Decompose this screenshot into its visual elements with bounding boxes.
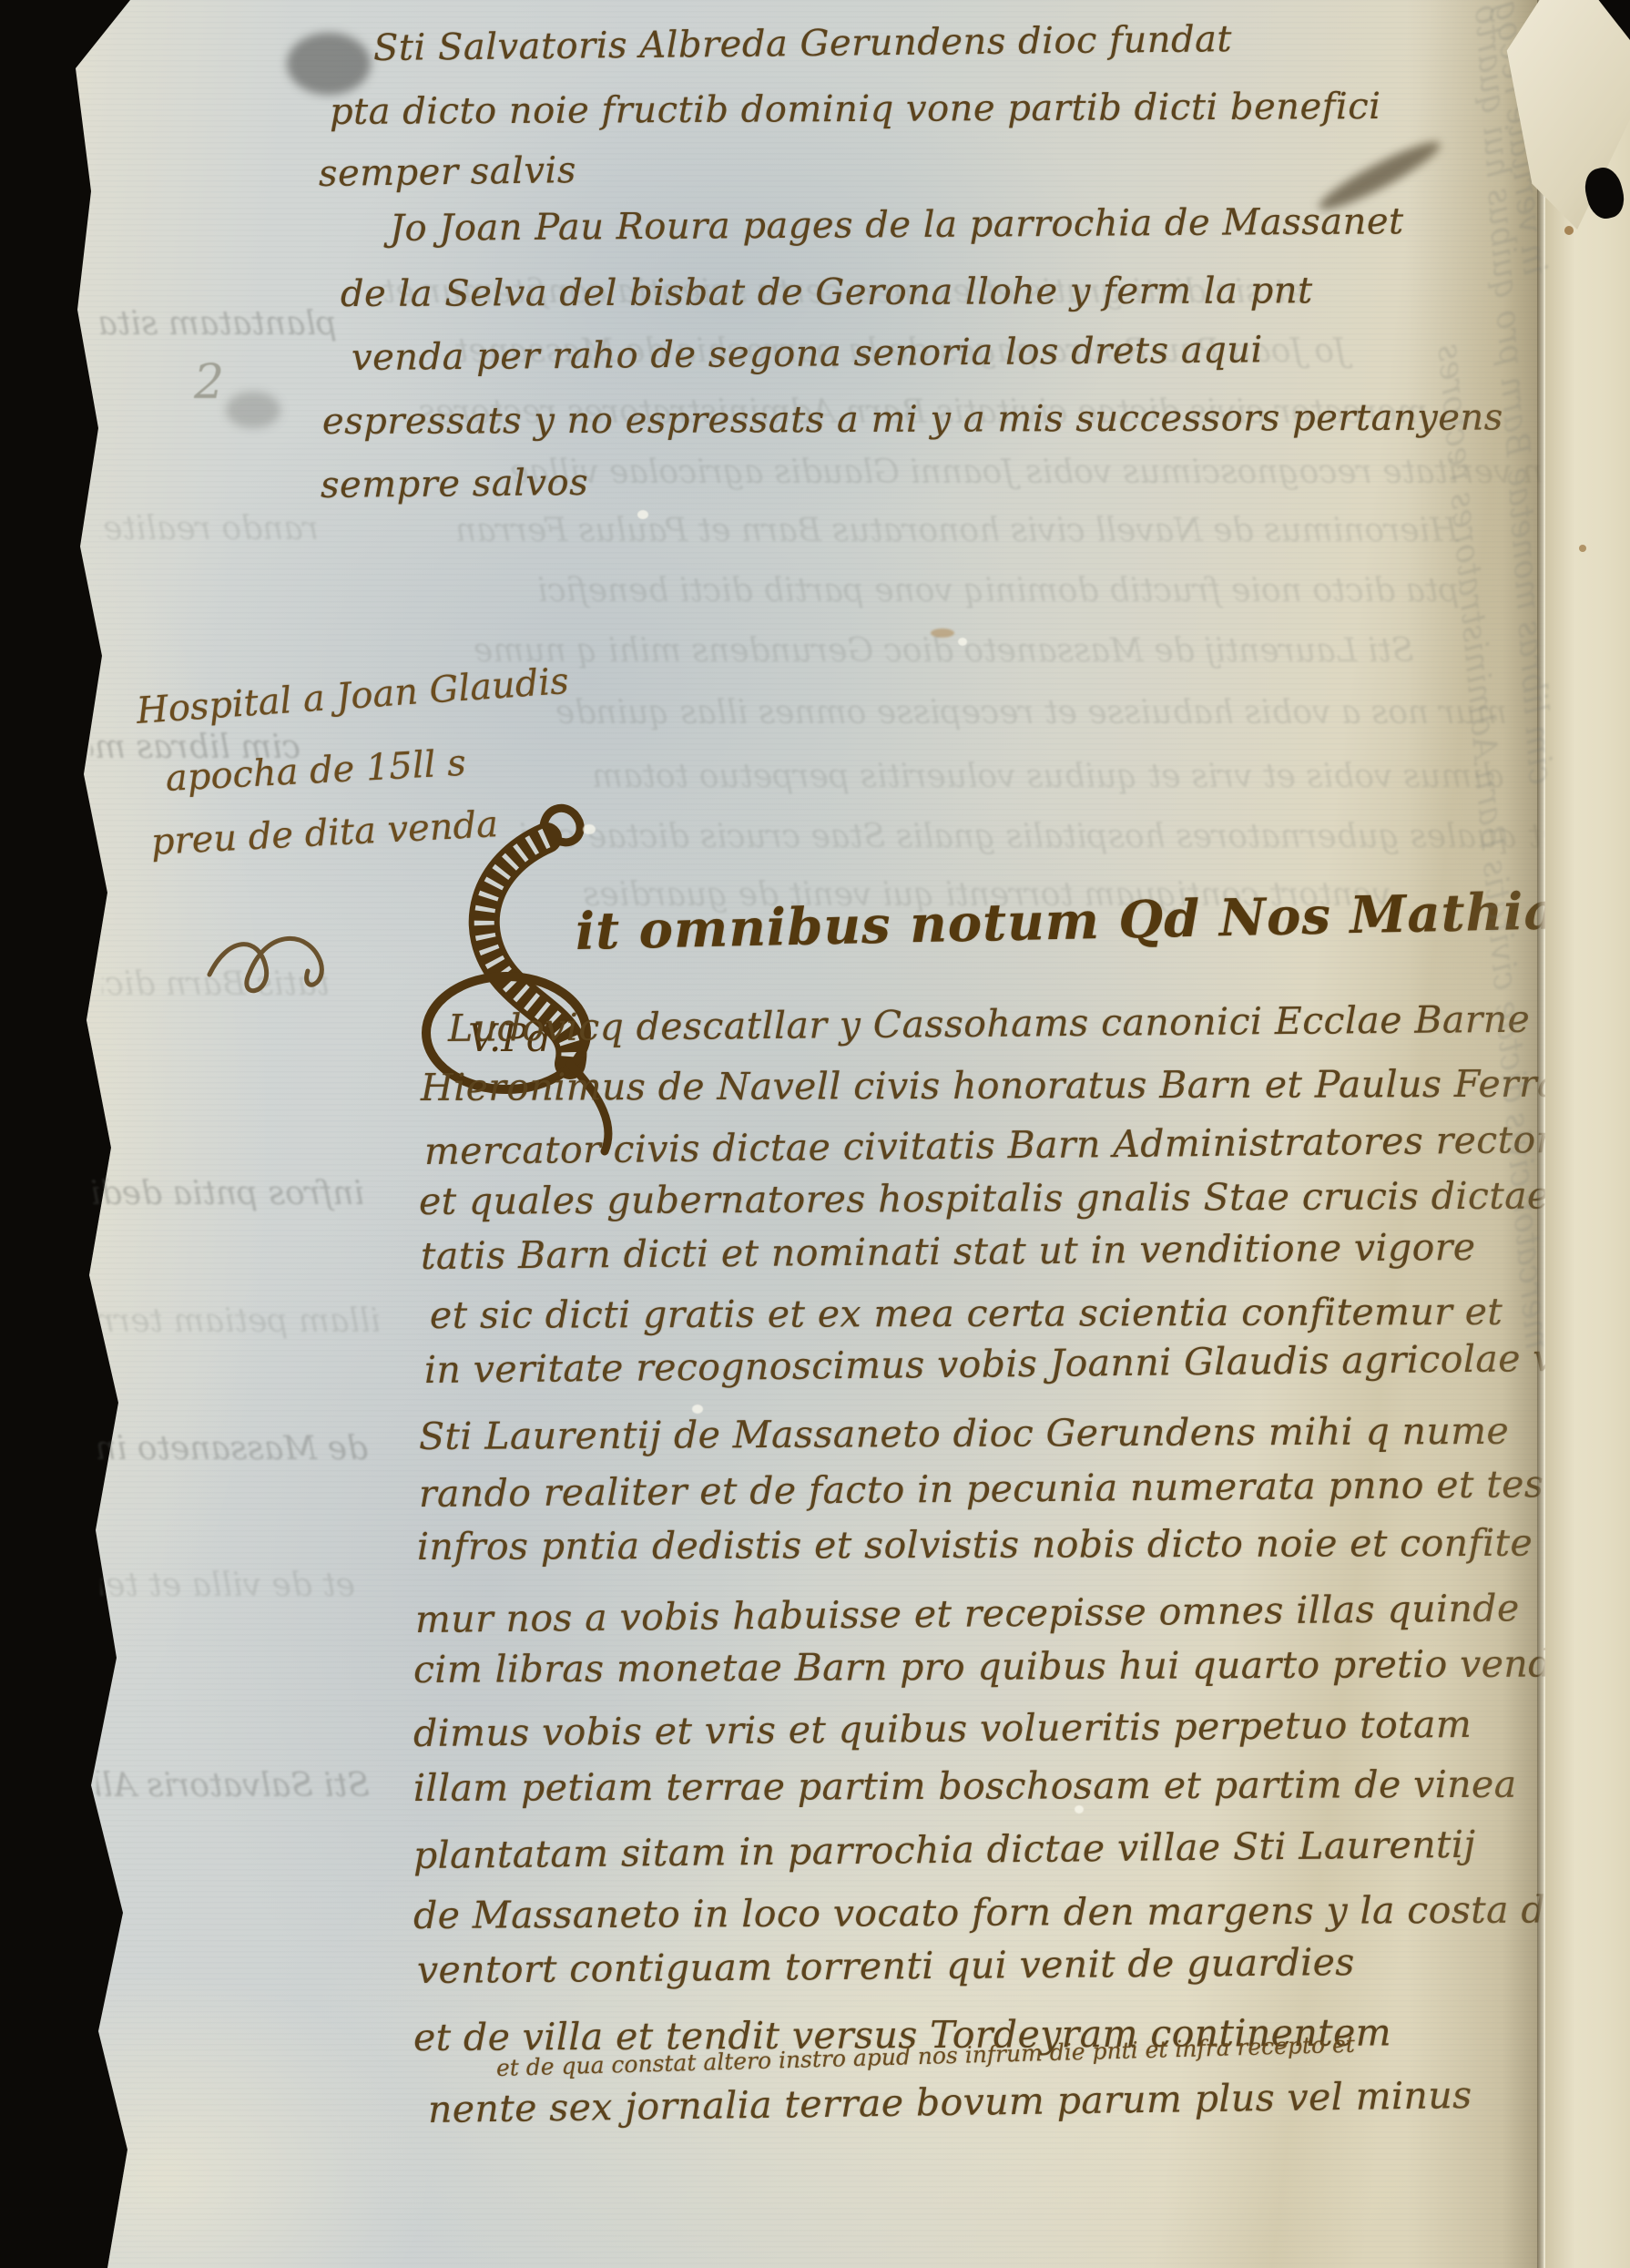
body-line: illam petiam terrae partim boschosam et …	[413, 1762, 1517, 1810]
paper-fleck	[1075, 1805, 1084, 1813]
confirmation-note-line: Jo Joan Pau Roura pages de la parrochia …	[390, 200, 1404, 250]
body-line: infros pntia dedistis et solvistis nobis…	[417, 1521, 1533, 1568]
confirmation-note-line: venda per raho de segona senoria los dre…	[351, 329, 1263, 379]
fold-crease	[1537, 0, 1545, 2268]
manuscript-photo: 2 et sic dicti gratis et ex mea certa sc…	[0, 0, 1630, 2268]
bleedthrough-line: et de villa et tendit versus Tordeyram c…	[100, 1567, 355, 1604]
folio-mark: 2	[194, 355, 224, 410]
confirmation-note-line: sempre salvos	[321, 462, 589, 506]
bleedthrough-line: mur nos a vobis habuisse et recepisse om…	[555, 694, 1507, 731]
paper-fleck	[583, 824, 596, 834]
bleedthrough-line: infros pntia dedistis et solvistis nobis…	[91, 1175, 364, 1212]
fox-spot	[1579, 545, 1586, 552]
top-note-line: semper salvis	[319, 149, 576, 195]
paper-fleck	[958, 638, 967, 646]
bleedthrough-line: Hieronimus de Navell civis honoratus Bar…	[455, 512, 1459, 549]
paraph-flourish	[202, 911, 366, 1002]
confirmation-note-line: espressats y no espressats a mi y a mis …	[322, 396, 1503, 443]
tan-stain	[931, 628, 954, 638]
body-line: dimus vobis et vris et quibus volueritis…	[413, 1702, 1472, 1755]
bleedthrough-line: plantatam sitam in parrochia dictae vill…	[96, 305, 337, 342]
bleedthrough-line: in veritate recognoscimus vobis Joanni G…	[510, 454, 1554, 491]
body-line: cim libras monetae Barn pro quibus hui q…	[413, 1641, 1565, 1691]
body-line: et sic dicti gratis et ex mea certa scie…	[430, 1290, 1503, 1337]
bleedthrough-line: pta dicto noie fructib dominiq vone part…	[537, 572, 1460, 609]
next-page-edge	[1545, 0, 1630, 2268]
bleedthrough-line: dimus vobis et vris et quibus volueritis…	[592, 758, 1503, 795]
body-line: tatis Barn dicti et nominati stat ut in …	[421, 1225, 1476, 1278]
bleedthrough-line: rando realiter et de facto in pecunia nu…	[100, 510, 319, 547]
body-line: Sti Laurentij de Massaneto dioc Gerunden…	[419, 1409, 1509, 1458]
decorated-initial-s: V.Pd	[401, 782, 701, 1173]
bleedthrough-line: Sti Salvatoris Albreda Gerundens dioc fu…	[97, 1767, 370, 1804]
paper-fleck	[692, 1405, 703, 1414]
bleedthrough-line: Sti Laurentij de Massaneto dioc Gerunden…	[474, 632, 1414, 669]
bleedthrough-line: illam petiam terrae partim boschosam et …	[98, 1303, 381, 1340]
ink-smudge	[287, 33, 371, 95]
bleedthrough-line: de Massaneto in loco vocato forn den mar…	[95, 1430, 368, 1467]
paper-fleck	[637, 510, 648, 519]
confirmation-note-line: de la Selva del bisbat de Gerona llohe y…	[341, 270, 1313, 315]
ink-smudge	[226, 392, 280, 428]
fox-spot	[1564, 226, 1574, 235]
body-line: ventort contiguam torrenti qui venit de …	[417, 1940, 1355, 1992]
top-note-line: pta dicto noie fructib dominiq vone part…	[330, 86, 1381, 133]
